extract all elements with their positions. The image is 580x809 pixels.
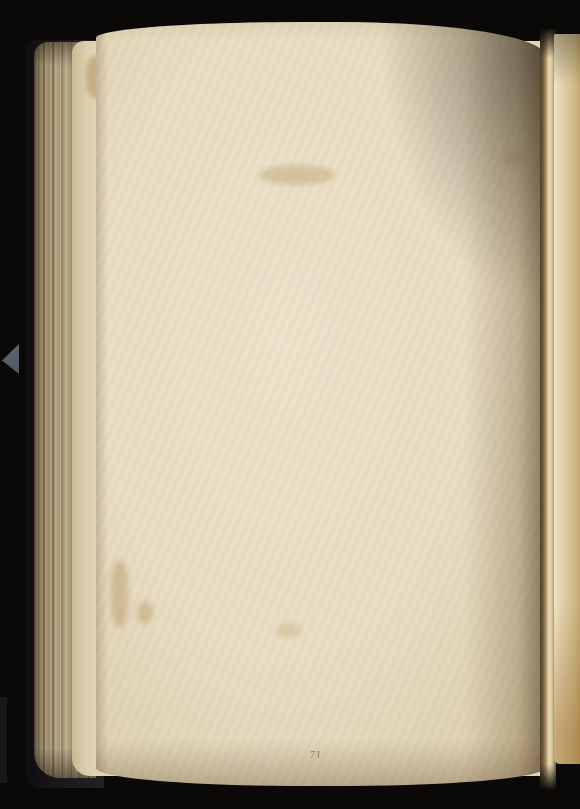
- bookmark-tab: [2, 344, 19, 374]
- page-number: 71: [310, 748, 341, 762]
- paper-texture: [96, 22, 544, 786]
- stain-horizontal-smudge: [259, 165, 335, 185]
- scanner-cradle-strip: [0, 697, 7, 783]
- stain-right-edge: [504, 149, 527, 166]
- facing-page-edge: [554, 34, 580, 764]
- stain-faint-smudge: [276, 623, 302, 638]
- stain-blob: [137, 601, 153, 624]
- book-scan-photo: 71: [0, 0, 580, 809]
- blank-book-page: [96, 22, 544, 786]
- stain-vertical-streak: [111, 561, 128, 627]
